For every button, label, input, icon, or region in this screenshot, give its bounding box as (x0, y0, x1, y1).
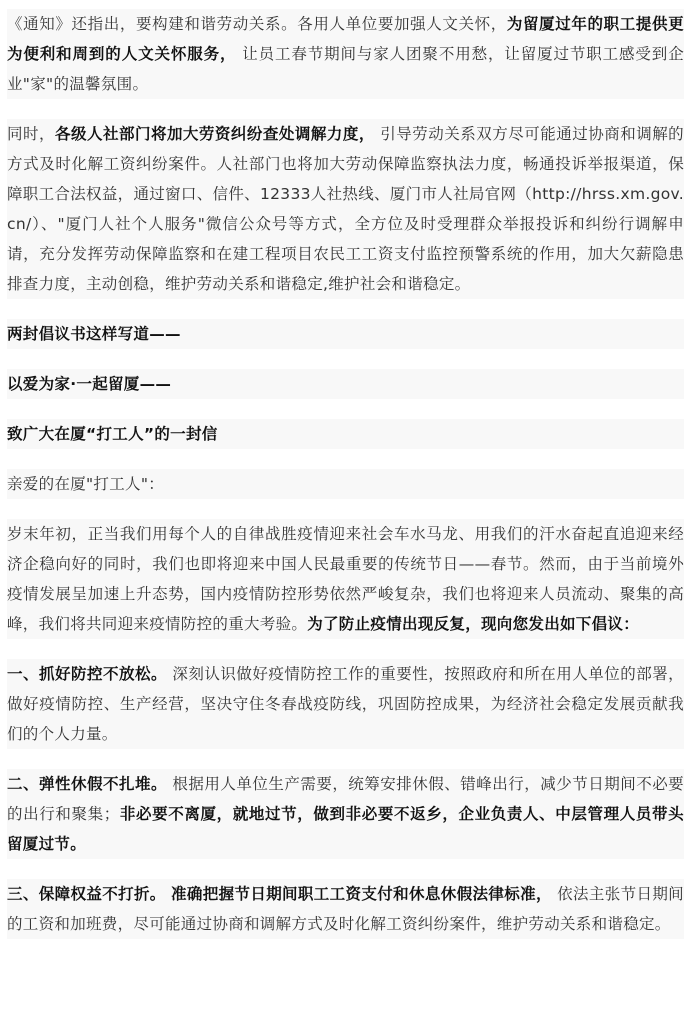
heading-text: 以爱为家·一起留厦—— (7, 375, 171, 393)
bold-segment: 各级人社部门将加大劳资纠纷查处调解力度， (55, 125, 375, 143)
proposal-item-1: 一、抓好防控不放松。 深刻认识做好疫情防控工作的重要性，按照政府和所在用人单位的… (7, 659, 684, 749)
paragraph-labor-dispute-mediation: 同时，各级人社部门将加大劳资纠纷查处调解力度， 引导劳动关系双方尽可能通过协商和… (7, 119, 684, 299)
proposal-item-2: 二、弹性休假不扎堆。 根据用人单位生产需要，统筹安排休假、错峰出行，减少节日期间… (7, 769, 684, 859)
proposal-title: 三、保障权益不打折。 (7, 885, 166, 903)
text-segment: 《通知》还指出，要构建和谐劳动关系。各用人单位要加强人文关怀， (7, 15, 507, 33)
article-body: 《通知》还指出，要构建和谐劳动关系。各用人单位要加强人文关怀，为留厦过年的职工提… (0, 0, 690, 939)
proposal-title: 二、弹性休假不扎堆。 (7, 775, 167, 793)
bold-segment: 为了防止疫情出现反复，现向您发出如下倡议： (307, 615, 639, 633)
paragraph-notice-humanistic-care: 《通知》还指出，要构建和谐劳动关系。各用人单位要加强人文关怀，为留厦过年的职工提… (7, 9, 684, 99)
heading-text: 致广大在厦“打工人”的一封信 (7, 425, 218, 443)
paragraph-letter-intro: 岁末年初，正当我们用每个人的自律战胜疫情迎来社会车水马龙、用我们的汗水奋起直追迎… (7, 519, 684, 639)
proposal-title: 一、抓好防控不放松。 (7, 665, 167, 683)
text-segment: 亲爱的在厦"打工人"： (7, 475, 164, 493)
text-segment: 同时， (7, 125, 55, 143)
proposal-item-3: 三、保障权益不打折。 准确把握节日期间职工工资支付和休息休假法律标准， 依法主张… (7, 879, 684, 939)
section-heading-two-proposals: 两封倡议书这样写道—— (7, 319, 684, 349)
section-heading-love-as-home: 以爱为家·一起留厦—— (7, 369, 684, 399)
letter-title: 致广大在厦“打工人”的一封信 (7, 419, 684, 449)
text-segment: 引导劳动关系双方尽可能通过协商和调解的方式及时化解工资纠纷案件。人社部门也将加大… (7, 125, 684, 293)
bold-segment: 准确把握节日期间职工工资支付和休息休假法律标准， (171, 885, 552, 903)
letter-salutation: 亲爱的在厦"打工人"： (7, 469, 684, 499)
heading-text: 两封倡议书这样写道—— (7, 325, 181, 343)
